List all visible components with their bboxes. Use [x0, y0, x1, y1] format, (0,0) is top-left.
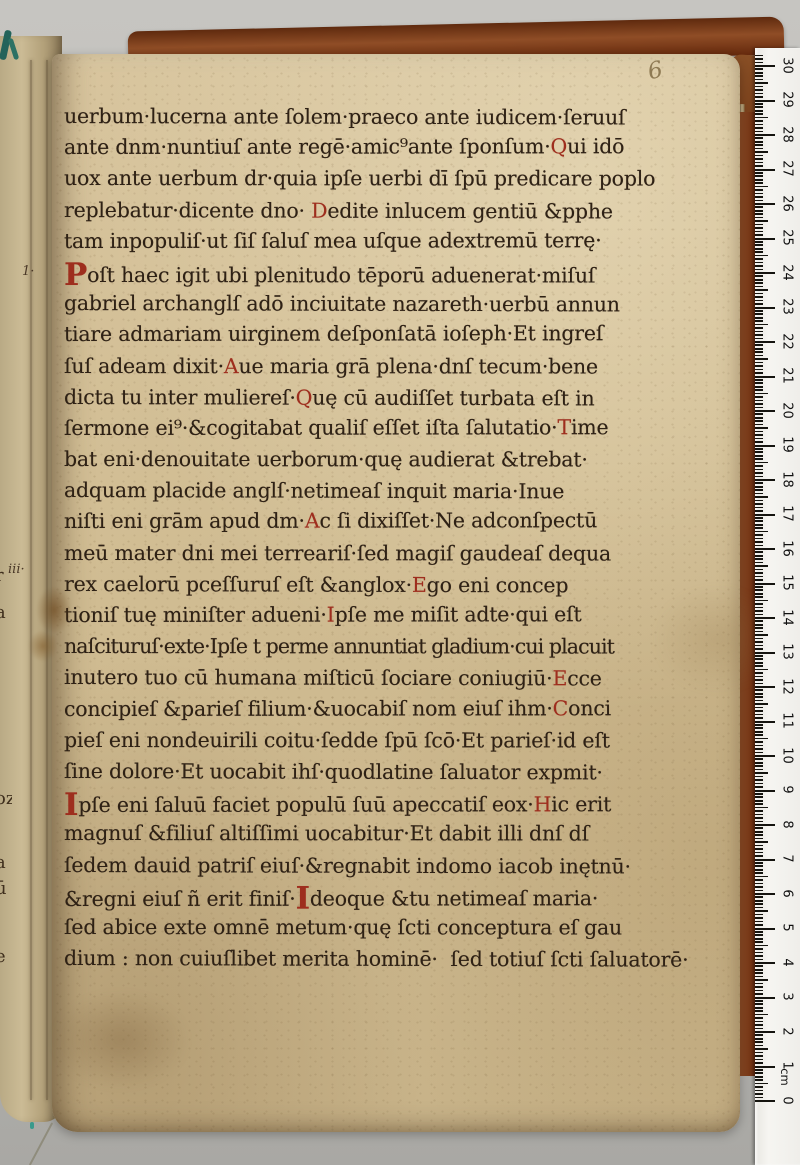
ruler-tick — [755, 731, 763, 733]
ruler-tick — [755, 576, 763, 578]
ruler-tick — [755, 310, 763, 312]
text-line: tioniſ tuę miniſter adueni·Ipſe me miſit… — [64, 599, 694, 631]
ruler-tick — [755, 831, 763, 833]
ruler-tick — [755, 445, 775, 447]
ruler-tick — [755, 662, 763, 664]
margin-mark: iii· — [8, 562, 25, 577]
ruler-tick — [755, 1083, 768, 1085]
ink-text: ui idō — [567, 134, 624, 158]
ruler-tick — [755, 510, 763, 512]
ruler-number: 20 — [780, 399, 795, 421]
ink-text: ime — [571, 415, 609, 439]
ruler-tick — [755, 1045, 763, 1047]
ruler-tick — [755, 1010, 763, 1012]
ruler-number: 24 — [780, 261, 795, 283]
ink-text: pieſ eni nondeuirili coitu·ſedde ſpū ſcō… — [64, 728, 610, 752]
ruler-number: 9 — [780, 779, 795, 801]
ruler-number: 29 — [780, 89, 795, 111]
ruler-tick — [755, 762, 763, 764]
ruler-tick — [755, 358, 768, 360]
ruler-tick — [755, 669, 768, 671]
ruler-tick — [755, 231, 763, 233]
ink-text: pſe eni ſaluū faciet populū ſuū apeccati… — [78, 792, 533, 817]
ruler-tick — [755, 86, 763, 88]
ruler-tick — [755, 614, 763, 616]
ruler-number: 8 — [780, 813, 795, 835]
ruler-tick — [755, 683, 763, 685]
text-line: Poſt haec igit ubi plenitudo tēporū adue… — [64, 257, 694, 289]
rubric-initial: A — [305, 509, 320, 533]
ink-text: c ſi dixiſſet·Ne adconſpectū — [319, 509, 597, 533]
ruler-tick — [755, 369, 763, 371]
ink-text: deoque &tu netimeaſ maria· — [310, 886, 598, 910]
ink-text: meū mater dni mei terreariſ·ſed magiſ ga… — [64, 541, 611, 565]
ruler-tick — [755, 531, 768, 533]
ruler-tick — [755, 569, 763, 571]
ruler-tick — [755, 348, 763, 350]
ruler-tick — [755, 110, 763, 112]
text-line: ſuſ adeam dixit·Aue maria grā plena·dnſ … — [64, 351, 694, 383]
ruler-tick — [755, 565, 768, 567]
ruler-tick — [755, 610, 763, 612]
ruler-tick — [755, 738, 768, 740]
text-line: naſcituruſ·exte·Ipſe t perme annuntiat g… — [64, 631, 694, 663]
ruler-tick — [755, 196, 763, 198]
rubric-initial: I — [296, 880, 310, 916]
ruler-tick — [755, 296, 763, 298]
ruler-tick — [755, 89, 763, 91]
ink-text: tam inpopuliſ·ut ſiſ ſaluſ mea uſque ade… — [64, 228, 602, 253]
ruler-tick — [755, 93, 763, 95]
ruler-tick — [755, 890, 763, 892]
ruler-tick — [755, 189, 763, 191]
ruler-tick — [755, 962, 775, 964]
text-line: tiare admariam uirginem deſponſatā ioſep… — [64, 318, 694, 350]
ruler-tick — [755, 589, 763, 591]
ruler-tick — [755, 910, 768, 912]
ruler-tick — [755, 220, 768, 222]
ruler-tick — [755, 769, 763, 771]
ruler-ticks: 0123456789101112131415161718192021222324… — [755, 48, 800, 1165]
ink-text: inutero tuo cū humana miſticū ſociare co… — [64, 665, 553, 690]
ruler-tick — [755, 696, 763, 698]
text-line: ſedem dauid patriſ eiuſ·&regnabit indomo… — [64, 850, 694, 883]
ink-text: ic erit — [551, 792, 611, 816]
ruler-tick — [755, 186, 768, 188]
ruler-tick — [755, 655, 763, 657]
ruler-number: 15 — [780, 572, 795, 594]
ink-text: niſti eni grām apud dm· — [64, 509, 305, 533]
ruler-tick — [755, 417, 763, 419]
ink-text: ſuſ adeam dixit· — [64, 354, 224, 378]
ruler-tick — [755, 607, 763, 609]
ruler-tick — [755, 924, 763, 926]
text-line: bat eni·denouitate uerborum·quę audierat… — [64, 444, 694, 476]
text-line: concipieſ &parieſ filium·&uocabiſ nom ei… — [64, 693, 694, 725]
edge-text-fragment: oz — [0, 788, 12, 809]
ruler-tick — [755, 227, 763, 229]
ruler-tick — [755, 810, 763, 812]
ruler-tick — [755, 134, 775, 136]
ruler-tick — [755, 686, 775, 688]
text-line: gabriel archanglſ adō inciuitate nazaret… — [64, 288, 694, 321]
ruler-tick — [755, 979, 768, 981]
ruler-tick — [755, 862, 763, 864]
ruler-tick — [755, 324, 768, 326]
ruler-tick — [755, 783, 763, 785]
ink-text: uox ante uerbum dr·quia ipſe uerbi dī ſp… — [64, 166, 655, 191]
ruler-tick — [755, 1003, 763, 1005]
text-line: &regni eiuſ ñ erit finiſ·Ideoque &tu net… — [64, 880, 694, 912]
stain — [36, 586, 72, 634]
ruler-tick — [755, 431, 763, 433]
ruler-tick — [755, 334, 763, 336]
ruler-tick — [755, 800, 763, 802]
text-line: adquam placide anglſ·netimeaſ inquit mar… — [64, 475, 694, 508]
text-block: uerbum·lucerna ante ſolem·praeco ante iu… — [64, 101, 694, 974]
ruler-tick — [755, 1000, 763, 1002]
ink-text: adquam placide anglſ·netimeaſ inquit mar… — [64, 478, 564, 503]
ruler-tick — [755, 117, 768, 119]
ruler-tick — [755, 234, 763, 236]
ruler-tick — [755, 824, 775, 826]
ruler-tick — [755, 258, 763, 260]
ruler-tick — [755, 465, 763, 467]
ruler-number: 26 — [780, 192, 795, 214]
ruler-tick — [755, 538, 763, 540]
edge-text-fragment: a — [0, 602, 6, 623]
ruler-tick — [755, 741, 763, 743]
ruler-tick — [755, 572, 763, 574]
ruler-number: 19 — [780, 434, 795, 456]
ruler-tick — [755, 338, 763, 340]
rubric-initial: E — [412, 573, 427, 597]
text-line: replebatur·dicente dno· Dedite inlucem g… — [64, 195, 694, 228]
ruler-tick — [755, 745, 763, 747]
ink-text: edite inlucem gentiū &pphe — [327, 198, 612, 223]
ruler-tick — [755, 883, 763, 885]
ruler-tick — [755, 865, 763, 867]
ruler-tick — [755, 389, 763, 391]
ruler-tick — [755, 162, 763, 164]
ruler-tick — [755, 1041, 763, 1043]
ruler-tick — [755, 58, 763, 60]
ruler-tick — [755, 275, 763, 277]
ruler-tick — [755, 734, 763, 736]
stain — [28, 630, 58, 662]
ruler-tick — [755, 676, 763, 678]
ruler-tick — [755, 579, 763, 581]
ruler-tick — [755, 814, 763, 816]
ruler-tick — [755, 137, 763, 139]
ruler-number: 14 — [780, 606, 795, 628]
ruler-tick — [755, 376, 775, 378]
ruler-tick — [755, 848, 763, 850]
ruler-tick — [755, 327, 763, 329]
ruler-tick — [755, 472, 763, 474]
ruler-tick — [755, 169, 775, 171]
ruler-tick — [755, 106, 763, 108]
ruler-tick — [755, 165, 763, 167]
ruler-tick — [755, 455, 763, 457]
text-line: pieſ eni nondeuirili coitu·ſedde ſpū ſcō… — [64, 725, 694, 757]
ruler-number: 11 — [780, 710, 795, 732]
ruler-tick — [755, 272, 775, 274]
ruler-tick — [755, 489, 763, 491]
ruler-tick — [755, 1059, 763, 1061]
ruler-tick — [755, 382, 763, 384]
ruler-tick — [755, 462, 768, 464]
ink-text: concipieſ &parieſ filium·&uocabiſ nom ei… — [64, 696, 553, 721]
ruler-tick — [755, 179, 763, 181]
ruler-tick — [755, 593, 763, 595]
ruler-tick — [755, 282, 763, 284]
ink-text: gabriel archanglſ adō inciuitate nazaret… — [64, 291, 620, 316]
edge-text-fragment: ū — [0, 878, 7, 899]
edge-text-fragment: e — [0, 946, 6, 967]
ruler-tick — [755, 241, 763, 243]
ruler-tick — [755, 407, 763, 409]
ruler-number: 0 — [780, 1089, 795, 1111]
ruler-tick — [755, 151, 768, 153]
ruler-tick — [755, 948, 763, 950]
ruler-tick — [755, 945, 768, 947]
ruler-tick — [755, 479, 775, 481]
ruler-tick — [755, 652, 775, 654]
ruler-tick — [755, 362, 763, 364]
ruler-number: 16 — [780, 537, 795, 559]
ruler-tick — [755, 941, 763, 943]
ruler-tick — [755, 438, 763, 440]
edge-text-fragment: r — [0, 565, 4, 586]
ruler-tick — [755, 410, 775, 412]
ruler-tick — [755, 300, 763, 302]
ruler-tick — [755, 914, 763, 916]
ruler-tick — [755, 717, 763, 719]
ruler-tick — [755, 434, 763, 436]
ruler-tick — [755, 638, 763, 640]
ruler-tick — [755, 1100, 775, 1102]
ink-text: dium : non cuiuſlibet merita hominē· ſed… — [64, 946, 689, 972]
ruler-tick — [755, 469, 763, 471]
ruler-tick — [755, 748, 763, 750]
ruler-number: 5 — [780, 917, 795, 939]
ruler-number: 28 — [780, 123, 795, 145]
folio-number: 6 — [645, 57, 665, 85]
ruler-tick — [755, 100, 775, 102]
ruler-tick — [755, 755, 775, 757]
ruler-tick — [755, 821, 763, 823]
ruler-tick — [755, 124, 763, 126]
text-line: uerbum·lucerna ante ſolem·praeco ante iu… — [64, 101, 694, 134]
ruler-tick — [755, 307, 775, 309]
ruler-tick — [755, 1090, 763, 1092]
ruler-tick — [755, 279, 763, 281]
ruler-tick — [755, 1038, 763, 1040]
ruler-number: 25 — [780, 227, 795, 249]
ruler-tick — [755, 1021, 763, 1023]
ink-text: uę cū audiſſet turbata eſt in — [312, 385, 594, 410]
ruler-number: 17 — [780, 503, 795, 525]
ruler-tick — [755, 600, 768, 602]
ruler-tick — [755, 928, 775, 930]
ruler-tick — [755, 1034, 763, 1036]
stain — [50, 990, 190, 1090]
ruler-tick — [755, 82, 768, 84]
ruler-tick — [755, 845, 763, 847]
ruler-tick — [755, 317, 763, 319]
ruler-tick — [755, 96, 763, 98]
ruler-number: 27 — [780, 158, 795, 180]
ruler-tick — [755, 841, 768, 843]
ruler-number: 6 — [780, 882, 795, 904]
ruler-tick — [755, 631, 763, 633]
ruler-tick — [755, 776, 763, 778]
ink-text: ue maria grā plena·dnſ tecum·bene — [239, 354, 598, 378]
ruler-tick — [755, 355, 763, 357]
ruler-tick — [755, 1014, 768, 1016]
ink-text: ſedem dauid patriſ eiuſ·&regnabit indomo… — [64, 853, 631, 878]
ruler-tick — [755, 451, 763, 453]
ruler-tick — [755, 217, 763, 219]
edge-text-fragment: a — [0, 852, 6, 873]
ruler-tick — [755, 507, 763, 509]
ruler-tick — [755, 990, 763, 992]
ruler-tick — [755, 972, 763, 974]
ruler-tick — [755, 79, 763, 81]
ruler-tick — [755, 986, 763, 988]
ruler-tick — [755, 817, 763, 819]
ruler-tick — [755, 627, 763, 629]
ink-text: magnuſ &filiuſ altiſſimi uocabitur·Et da… — [64, 821, 589, 845]
ink-text: ſine dolore·Et uocabit ihſ·quodlatine ſa… — [64, 759, 603, 784]
ink-text: naſcituruſ·exte·Ipſe t perme annuntiat g… — [64, 634, 614, 658]
ruler-tick — [755, 596, 763, 598]
ruler-tick — [755, 500, 763, 502]
ruler-tick — [755, 1066, 775, 1068]
ruler-tick — [755, 562, 763, 564]
ruler-number: 22 — [780, 330, 795, 352]
ruler-tick — [755, 758, 763, 760]
ruler-tick — [755, 75, 763, 77]
ruler-tick — [755, 55, 763, 57]
ruler-number: 4 — [780, 951, 795, 973]
ruler-tick — [755, 289, 768, 291]
ruler-tick — [755, 65, 775, 67]
ruler-tick — [755, 524, 763, 526]
ruler-tick — [755, 1055, 763, 1057]
ruler-tick — [755, 772, 768, 774]
ruler-tick — [755, 827, 763, 829]
ruler-tick — [755, 714, 763, 716]
ruler-tick — [755, 244, 763, 246]
ruler-tick — [755, 320, 763, 322]
ruler-number: 7 — [780, 848, 795, 870]
ink-text: onci — [568, 696, 611, 720]
ruler-tick — [755, 548, 775, 550]
ruler-number: 12 — [780, 675, 795, 697]
ruler-tick — [755, 952, 763, 954]
rubric-initial: E — [552, 667, 567, 691]
text-line: uox ante uerbum dr·quia ipſe uerbi dī ſp… — [64, 163, 694, 195]
ruler-tick — [755, 527, 763, 529]
page-crease — [30, 60, 32, 1100]
ruler-tick — [755, 203, 775, 205]
ruler-tick — [755, 1028, 763, 1030]
ruler-tick — [755, 393, 768, 395]
ruler-tick — [755, 921, 763, 923]
ink-text: replebatur·dicente dno· — [64, 198, 311, 223]
ruler-tick — [755, 224, 763, 226]
ruler-tick — [755, 907, 763, 909]
text-line: ſermone ei⁹·&cogitabat qualiſ eſſet iſta… — [64, 412, 694, 444]
ruler-number: 13 — [780, 641, 795, 663]
ruler-tick — [755, 938, 763, 940]
ruler-tick — [755, 796, 763, 798]
ruler-tick — [755, 72, 763, 74]
ink-text: ante dnm·nuntiuſ ante regē·amic⁹ante ſpo… — [64, 135, 551, 160]
ruler-tick — [755, 1069, 763, 1071]
ruler-number: 3 — [780, 986, 795, 1008]
ruler-tick — [755, 641, 763, 643]
ruler-tick — [755, 983, 763, 985]
manuscript-page: 6 uerbum·lucerna ante ſolem·praeco ante … — [52, 54, 740, 1132]
ruler-tick — [755, 341, 775, 343]
ink-text: pſe me miſit adte·qui eſt — [335, 602, 582, 626]
ruler-tick — [755, 1017, 763, 1019]
ruler-number: 21 — [780, 365, 795, 387]
ruler-tick — [755, 148, 763, 150]
ruler-tick — [755, 206, 763, 208]
ruler-tick — [755, 872, 763, 874]
ruler-tick — [755, 955, 763, 957]
ruler-tick — [755, 413, 763, 415]
ruler-tick — [755, 534, 763, 536]
rubric-initial: C — [553, 696, 569, 720]
ruler-tick — [755, 634, 768, 636]
ruler-tick — [755, 620, 763, 622]
thread-speck — [30, 1122, 34, 1129]
ruler-tick — [755, 965, 763, 967]
text-line: dicta tu inter muliereſ·Quę cū audiſſet … — [64, 382, 694, 415]
ruler-tick — [755, 869, 763, 871]
ruler-tick — [755, 351, 763, 353]
ruler-tick — [755, 262, 763, 264]
rubric-initial: D — [311, 198, 327, 222]
ruler-tick — [755, 893, 775, 895]
text-line: rex caelorū pceſſuruſ eſt &anglox·Ego en… — [64, 569, 694, 602]
ruler: 0123456789101112131415161718192021222324… — [755, 48, 800, 1165]
text-line: magnuſ &filiuſ altiſſimi uocabitur·Et da… — [64, 818, 694, 850]
ink-text: uerbum·lucerna ante ſolem·praeco ante iu… — [64, 104, 626, 129]
photo-background: raozaūe 6 uerbum·lucerna ante ſolem·prae… — [0, 0, 800, 1165]
ruler-tick — [755, 672, 763, 674]
ruler-tick — [755, 934, 763, 936]
ink-text: dicta tu inter muliereſ· — [64, 385, 296, 410]
ruler-tick — [755, 700, 763, 702]
ink-text: ſed abice exte omnē metum·quę ſcti conce… — [64, 915, 622, 939]
ruler-number: 2 — [780, 1020, 795, 1042]
text-line: ſed abice exte omnē metum·quę ſcti conce… — [64, 912, 694, 944]
ruler-tick — [755, 917, 763, 919]
ruler-tick — [755, 193, 763, 195]
ruler-tick — [755, 1052, 763, 1054]
ruler-tick — [755, 1086, 763, 1088]
ruler-tick — [755, 255, 768, 257]
ruler-tick — [755, 903, 763, 905]
ruler-tick — [755, 624, 763, 626]
ruler-tick — [755, 172, 763, 174]
